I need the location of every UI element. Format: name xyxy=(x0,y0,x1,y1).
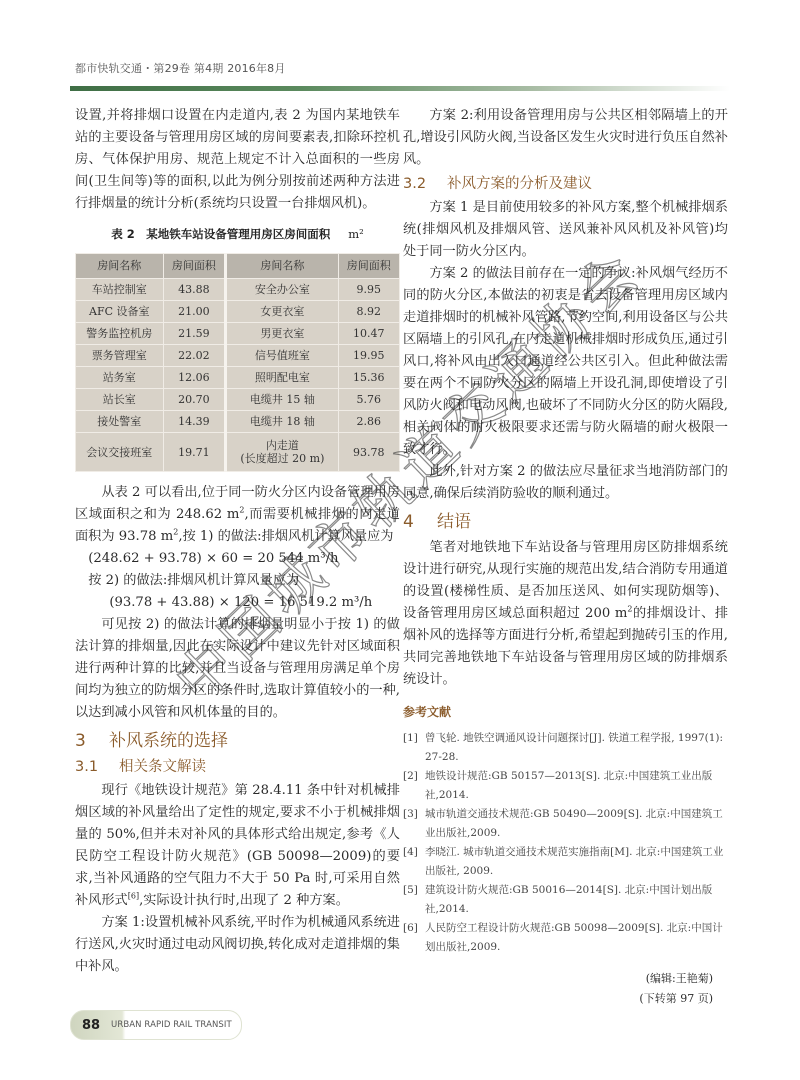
section-title: 结语 xyxy=(437,512,471,532)
table-cell: 女更衣室 xyxy=(226,301,338,323)
table-header-row: 房间名称 房间面积 房间名称 房间面积 xyxy=(76,254,400,279)
table-cell: 9.95 xyxy=(338,279,399,301)
table-cell: 10.47 xyxy=(338,323,399,345)
table-cell: 电缆井 18 轴 xyxy=(226,411,338,433)
table-cell: 19.71 xyxy=(163,433,226,472)
table-cell: 20.70 xyxy=(163,389,226,411)
editor-name: (编辑:王艳菊) xyxy=(403,969,713,989)
table-cell: 会议交接班室 xyxy=(76,433,164,472)
subsection-number: 3.1 xyxy=(75,756,119,778)
table-cell: 43.88 xyxy=(163,279,226,301)
reference-text: 曾飞轮. 地铁空调通风设计问题探讨[J]. 铁道工程学报, 1997(1): 2… xyxy=(425,729,728,767)
table-cell: 21.00 xyxy=(163,301,226,323)
running-head: 都市快轨交通・第29卷 第4期 2016年8月 xyxy=(75,60,286,76)
table-caption: 表 2 某地铁车站设备管理用房区房间面积m² xyxy=(75,223,400,245)
reference-number: [4] xyxy=(403,843,425,881)
table-cell: 接处警室 xyxy=(76,411,164,433)
equation-2: (93.78 + 43.88) × 120 = 16 519.2 m³/h xyxy=(75,592,400,614)
header-room-area: 房间面积 xyxy=(338,254,399,279)
table-cell: 男更衣室 xyxy=(226,323,338,345)
intro-paragraph: 设置,并将排烟口设置在内走道内,表 2 为国内某地铁车站的主要设备与管理用房区域… xyxy=(75,105,400,215)
table-row: 站长室 20.70 电缆井 15 轴 5.76 xyxy=(76,389,400,411)
reference-number: [1] xyxy=(403,729,425,767)
equation-1: (248.62 + 93.78) × 60 = 20 544 m³/h xyxy=(75,548,400,570)
reference-list: [1]曾飞轮. 地铁空调通风设计问题探讨[J]. 铁道工程学报, 1997(1)… xyxy=(403,729,728,957)
scheme-1-paragraph: 方案 1:设置机械补风系统,平时作为机械通风系统进行送风,火灾时通过电动风阀切换… xyxy=(75,912,400,978)
table-cell: 21.59 xyxy=(163,323,226,345)
table-row: AFC 设备室 21.00 女更衣室 8.92 xyxy=(76,301,400,323)
table-cell: 22.02 xyxy=(163,345,226,367)
table-row: 警务监控机房 21.59 男更衣室 10.47 xyxy=(76,323,400,345)
analysis-scheme-2: 方案 2 的做法目前存在一定的争议:补风烟气经历不同的防火分区,本做法的初衷是省… xyxy=(403,263,728,461)
reference-number: [3] xyxy=(403,805,425,843)
method-2-line: 按 2) 的做法:排烟风机计算风量应为 xyxy=(75,570,400,592)
reference-text: 人民防空工程设计防火规范:GB 50098—2009[S]. 北京:中国计划出版… xyxy=(425,919,728,957)
continued-note: (下转第 97 页) xyxy=(403,989,713,1009)
table-row: 会议交接班室 19.71 内走道 (长度超过 20 m) 93.78 xyxy=(76,433,400,472)
table-caption-text: 表 2 某地铁车站设备管理用房区房间面积 xyxy=(111,227,330,241)
table-cell: 19.95 xyxy=(338,345,399,367)
section-number: 3 xyxy=(75,729,109,753)
subsection-title: 相关条文解读 xyxy=(119,759,206,775)
table-cell: 信号值班室 xyxy=(226,345,338,367)
scheme-2-paragraph: 方案 2:利用设备管理用房与公共区相邻隔墙上的开孔,增设引风防火阀,当设备区发生… xyxy=(403,105,728,171)
table-cell: 5.76 xyxy=(338,389,399,411)
page-footer: 88 URBAN RAPID RAIL TRANSIT xyxy=(70,1010,242,1040)
conclusion-section-paragraph: 笔者对地铁地下车站设备与管理用房区防排烟系统设计进行研究,从现行实施的规范出发,… xyxy=(403,537,728,691)
regulation-paragraph: 现行《地铁设计规范》第 28.4.11 条中针对机械排烟区域的补风量给出了定性的… xyxy=(75,780,400,912)
text-span: ,实际设计执行时,出现了 2 种方案。 xyxy=(139,893,349,908)
table-cell: 15.36 xyxy=(338,367,399,389)
reference-item: [4]李晓江. 城市轨道交通技术规范实施指南[M]. 北京:中国建筑工业出版社,… xyxy=(403,843,728,881)
table-cell: 车站控制室 xyxy=(76,279,164,301)
conclusion-paragraph: 可见按 2) 的做法计算的排烟量明显小于按 1) 的做法计算的排烟量,因此在实际… xyxy=(75,614,400,724)
table-cell: 8.92 xyxy=(338,301,399,323)
subsection-heading: 3.2补风方案的分析及建议 xyxy=(403,173,728,195)
table-cell: 电缆井 15 轴 xyxy=(226,389,338,411)
reference-number: [6] xyxy=(403,919,425,957)
text-span: ,按 1) 的做法:排烟风机计算风量应为 xyxy=(178,529,393,544)
section-heading: 3补风系统的选择 xyxy=(75,729,400,753)
table-cell-line: (长度超过 20 m) xyxy=(227,452,337,465)
reference-item: [5]建筑设计防火规范:GB 50016—2014[S]. 北京:中国计划出版社… xyxy=(403,881,728,919)
header-room-area: 房间面积 xyxy=(163,254,226,279)
table-row: 接处警室 14.39 电缆井 18 轴 2.86 xyxy=(76,411,400,433)
analysis-paragraph: 从表 2 可以看出,位于同一防火分区内设备管理用房区域面积之和为 248.62 … xyxy=(75,482,400,548)
citation[interactable]: [6] xyxy=(128,892,139,901)
table-cell: 内走道 (长度超过 20 m) xyxy=(226,433,338,472)
right-column: 方案 2:利用设备管理用房与公共区相邻隔墙上的开孔,增设引风防火阀,当设备区发生… xyxy=(403,105,728,1009)
section-heading: 4结语 xyxy=(403,510,728,534)
references-heading: 参考文献 xyxy=(403,701,728,723)
reference-text: 李晓江. 城市轨道交通技术规范实施指南[M]. 北京:中国建筑工业出版社, 20… xyxy=(425,843,728,881)
analysis-scheme-1: 方案 1 是目前使用较多的补风方案,整个机械排烟系统(排烟风机及排烟风管、送风兼… xyxy=(403,197,728,263)
reference-text: 城市轨道交通技术规范:GB 50490—2009[S]. 北京:中国建筑工业出版… xyxy=(425,805,728,843)
room-area-table: 房间名称 房间面积 房间名称 房间面积 车站控制室 43.88 安全办公室 9.… xyxy=(75,253,400,472)
reference-number: [2] xyxy=(403,767,425,805)
reference-number: [5] xyxy=(403,881,425,919)
subsection-heading: 3.1相关条文解读 xyxy=(75,756,400,778)
table-cell: 93.78 xyxy=(338,433,399,472)
table-row: 站务室 12.06 照明配电室 15.36 xyxy=(76,367,400,389)
table-row: 车站控制室 43.88 安全办公室 9.95 xyxy=(76,279,400,301)
table-cell: 照明配电室 xyxy=(226,367,338,389)
table-cell: 票务管理室 xyxy=(76,345,164,367)
reference-item: [3]城市轨道交通技术规范:GB 50490—2009[S]. 北京:中国建筑工… xyxy=(403,805,728,843)
fire-dept-note: 此外,针对方案 2 的做法应尽量征求当地消防部门的同意,确保后续消防验收的顺利通… xyxy=(403,461,728,505)
page-number: 88 xyxy=(71,1018,111,1033)
table-cell: 安全办公室 xyxy=(226,279,338,301)
reference-text: 地铁设计规范:GB 50157—2013[S]. 北京:中国建筑工业出版社,20… xyxy=(425,767,728,805)
reference-item: [6]人民防空工程设计防火规范:GB 50098—2009[S]. 北京:中国计… xyxy=(403,919,728,957)
table-cell: 站长室 xyxy=(76,389,164,411)
section-title: 补风系统的选择 xyxy=(109,731,228,751)
text-span: 现行《地铁设计规范》第 28.4.11 条中针对机械排烟区域的补风量给出了定性的… xyxy=(75,783,400,908)
table-cell: 12.06 xyxy=(163,367,226,389)
header-rule xyxy=(70,86,730,91)
table-cell: 14.39 xyxy=(163,411,226,433)
table-cell: 警务监控机房 xyxy=(76,323,164,345)
reference-item: [1]曾飞轮. 地铁空调通风设计问题探讨[J]. 铁道工程学报, 1997(1)… xyxy=(403,729,728,767)
reference-text: 建筑设计防火规范:GB 50016—2014[S]. 北京:中国计划出版社,20… xyxy=(425,881,728,919)
journal-english-name: URBAN RAPID RAIL TRANSIT xyxy=(111,1020,232,1030)
table-unit: m² xyxy=(348,227,364,241)
header-room-name: 房间名称 xyxy=(226,254,338,279)
table-row: 票务管理室 22.02 信号值班室 19.95 xyxy=(76,345,400,367)
table-cell: 2.86 xyxy=(338,411,399,433)
left-column: 设置,并将排烟口设置在内走道内,表 2 为国内某地铁车站的主要设备与管理用房区域… xyxy=(75,105,400,978)
editor-note: (编辑:王艳菊) (下转第 97 页) xyxy=(403,969,728,1009)
table-cell: 站务室 xyxy=(76,367,164,389)
table-cell: AFC 设备室 xyxy=(76,301,164,323)
subsection-number: 3.2 xyxy=(403,173,447,195)
table-cell-line: 内走道 xyxy=(227,439,337,452)
reference-item: [2]地铁设计规范:GB 50157—2013[S]. 北京:中国建筑工业出版社… xyxy=(403,767,728,805)
header-room-name: 房间名称 xyxy=(76,254,164,279)
section-number: 4 xyxy=(403,510,437,534)
subsection-title: 补风方案的分析及建议 xyxy=(447,176,592,192)
